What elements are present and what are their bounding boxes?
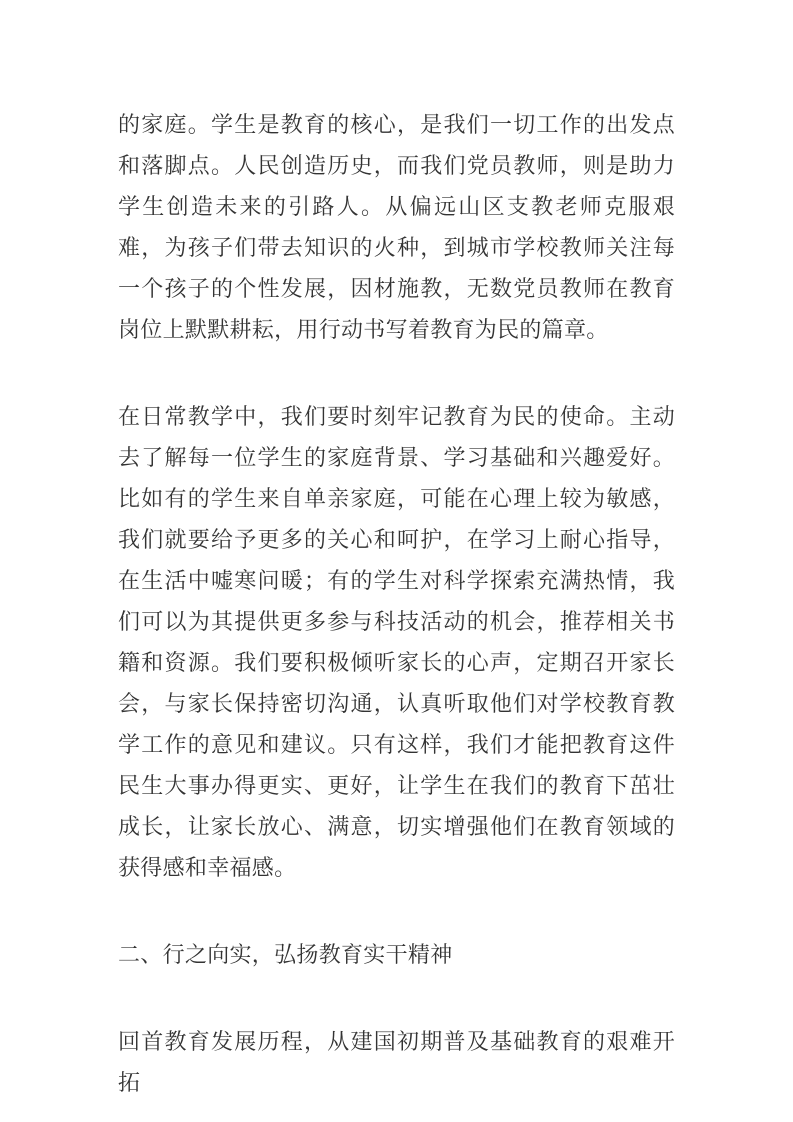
- document-body: 的家庭。学生是教育的核心，是我们一切工作的出发点和落脚点。人民创造历史，而我们党…: [118, 104, 675, 1103]
- paragraph: 在日常教学中，我们要时刻牢记教育为民的使命。主动去了解每一位学生的家庭背景、学习…: [118, 396, 675, 888]
- section-heading: 二、行之向实，弘扬教育实干精神: [118, 934, 675, 975]
- paragraph: 的家庭。学生是教育的核心，是我们一切工作的出发点和落脚点。人民创造历史，而我们党…: [118, 104, 675, 350]
- paragraph: 回首教育发展历程，从建国初期普及基础教育的艰难开拓: [118, 1021, 675, 1103]
- document-page: 的家庭。学生是教育的核心，是我们一切工作的出发点和落脚点。人民创造历史，而我们党…: [0, 0, 793, 1122]
